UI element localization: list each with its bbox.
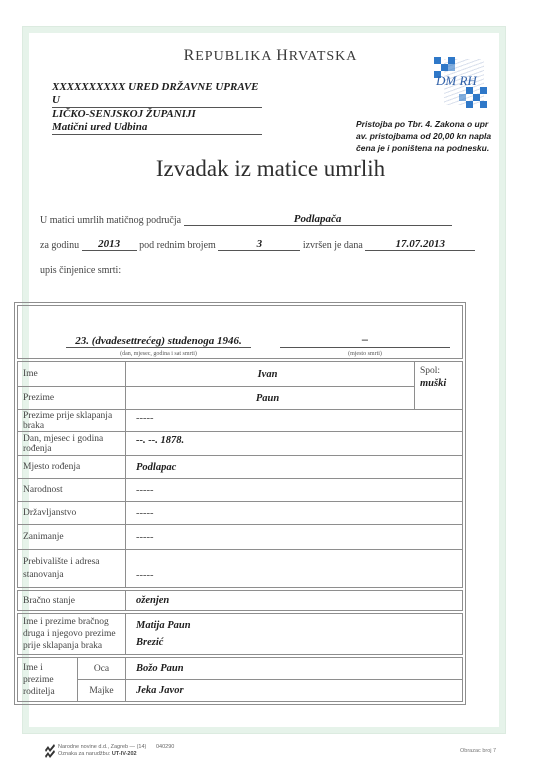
table-row: Bračno stanje oženjen <box>18 591 463 611</box>
nationality-label: Narodnost <box>18 479 126 502</box>
registry-area-row: U matici umrlih matičnog područja Podlap… <box>40 213 452 226</box>
spouse-name: Matija Paun <box>136 617 457 634</box>
surname-label: Prezime <box>18 387 126 410</box>
birth-date-label: Dan, mjesec i godina rođenja <box>18 432 126 456</box>
sex-cell: Spol: muški <box>415 362 463 410</box>
spouse-maiden-name: Brezić <box>136 634 457 651</box>
area-value: Podlapača <box>184 213 452 226</box>
spouse-grid: Ime i prezime bračnog druga i njegovo pr… <box>17 613 463 655</box>
order-code: UT-IV-202 <box>112 751 137 757</box>
marital-status-value: oženjen <box>126 591 463 611</box>
fee-note-line: av. pristojbama od 20,00 kn napla <box>356 130 516 142</box>
death-place: – <box>280 332 450 348</box>
first-name-label: Ime <box>18 362 126 387</box>
area-label: U matici umrlih matičnog područja <box>40 215 181 226</box>
narodne-novine-logo-icon <box>44 744 56 758</box>
occupation-value: ----- <box>126 525 463 550</box>
number-value: 3 <box>218 238 300 251</box>
death-details-box: 23. (dvadesettrećeg) studenoga 1946. (da… <box>17 305 463 359</box>
sex-label: Spol: <box>420 366 457 376</box>
maiden-name-value: ----- <box>126 410 463 432</box>
residence-value: ----- <box>126 550 463 588</box>
table-row: Prezime prije sklapanja braka ----- <box>18 410 463 432</box>
fee-note: Pristojba po Tbr. 4. Zakona o upr av. pr… <box>356 118 516 154</box>
birth-place-value: Podlapac <box>126 456 463 479</box>
publisher-name: Narodne novine d.d., Zagreb — (14) <box>58 744 198 751</box>
maiden-name-label: Prezime prije sklapanja braka <box>18 410 126 432</box>
table-row: Prezime Paun <box>18 387 463 410</box>
marital-status-label: Bračno stanje <box>18 591 126 611</box>
personal-details-grid: Prezime prije sklapanja braka ----- Dan,… <box>17 409 463 588</box>
table-row: Prebivalište i adresa stanovanja ----- <box>18 550 463 588</box>
death-date-caption: (dan, mjesec, godina i sat smrti) <box>66 351 251 357</box>
birth-date-value: --. --. 1878. <box>126 432 463 456</box>
marital-status-grid: Bračno stanje oženjen <box>17 590 463 611</box>
birth-place-label: Mjesto rođenja <box>18 456 126 479</box>
citizenship-value: ----- <box>126 502 463 525</box>
occupation-label: Zanimanje <box>18 525 126 550</box>
registry-number-row: za godinu 2013 pod rednim brojem 3 izvrš… <box>40 238 475 251</box>
death-record-table: 23. (dvadesettrećeg) studenoga 1946. (da… <box>14 302 466 705</box>
number-label: pod rednim brojem <box>139 240 216 251</box>
citizenship-label: Državljanstvo <box>18 502 126 525</box>
sex-value: muški <box>420 378 457 389</box>
table-row: Mjesto rođenja Podlapac <box>18 456 463 479</box>
father-label: Oca <box>78 658 126 680</box>
year-label: za godinu <box>40 240 79 251</box>
spouse-value: Matija Paun Brezić <box>126 614 463 655</box>
table-row: Narodnost ----- <box>18 479 463 502</box>
father-value: Božo Paun <box>126 658 463 680</box>
table-row: Majke Jeka Javor <box>18 680 463 702</box>
office-line-1: XXXXXXXXXX URED DRŽAVNE UPRAVE U <box>52 81 262 108</box>
office-line-2: LIČKO-SENJSKOJ ŽUPANIJI <box>52 108 262 121</box>
death-place-caption: (mjesto smrti) <box>280 351 450 357</box>
fee-note-line: Pristojba po Tbr. 4. Zakona o upr <box>356 118 516 130</box>
mother-label: Majke <box>78 680 126 702</box>
personal-data-grid: Ime Ivan Spol: muški Prezime Paun <box>17 361 463 410</box>
parents-grid: Ime i prezime roditelja Oca Božo Paun Ma… <box>17 657 463 702</box>
entry-label: upis činjenice smrti: <box>40 265 121 276</box>
mother-value: Jeka Javor <box>126 680 463 702</box>
table-row: Ime i prezime roditelja Oca Božo Paun <box>18 658 463 680</box>
nationality-value: ----- <box>126 479 463 502</box>
dmrh-logo: DM RH <box>432 55 488 109</box>
document-title: Izvadak iz matice umrlih <box>0 156 541 182</box>
form-number: Obrazac broj 7 <box>460 748 496 754</box>
spouse-label: Ime i prezime bračnog druga i njegovo pr… <box>18 614 126 655</box>
year-value: 2013 <box>82 238 137 251</box>
surname-value: Paun <box>126 387 415 410</box>
death-date: 23. (dvadesettrećeg) studenoga 1946. <box>66 335 251 348</box>
fee-note-line: čena je i poništena na podnesku. <box>356 142 516 154</box>
issuing-office: XXXXXXXXXX URED DRŽAVNE UPRAVE U LIČKO-S… <box>52 81 262 135</box>
table-row: Zanimanje ----- <box>18 525 463 550</box>
residence-label: Prebivalište i adresa stanovanja <box>18 550 126 588</box>
table-row: Državljanstvo ----- <box>18 502 463 525</box>
date-value: 17.07.2013 <box>365 238 475 251</box>
order-label: Oznaka za narudžbu: <box>58 751 110 757</box>
date-label: izvršen je dana <box>303 240 363 251</box>
office-line-3: Matični ured Udbina <box>52 121 262 135</box>
table-row: Ime i prezime bračnog druga i njegovo pr… <box>18 614 463 655</box>
order-line: Oznaka za narudžbu: UT-IV-202 <box>58 751 198 758</box>
table-row: Dan, mjesec i godina rođenja --. --. 187… <box>18 432 463 456</box>
publisher-text: Narodne novine d.d., Zagreb — (14) Oznak… <box>58 744 198 758</box>
table-row: Ime Ivan Spol: muški <box>18 362 463 387</box>
parents-label: Ime i prezime roditelja <box>18 658 78 702</box>
first-name-value: Ivan <box>126 362 415 387</box>
serial-number: 040290 <box>156 744 174 751</box>
